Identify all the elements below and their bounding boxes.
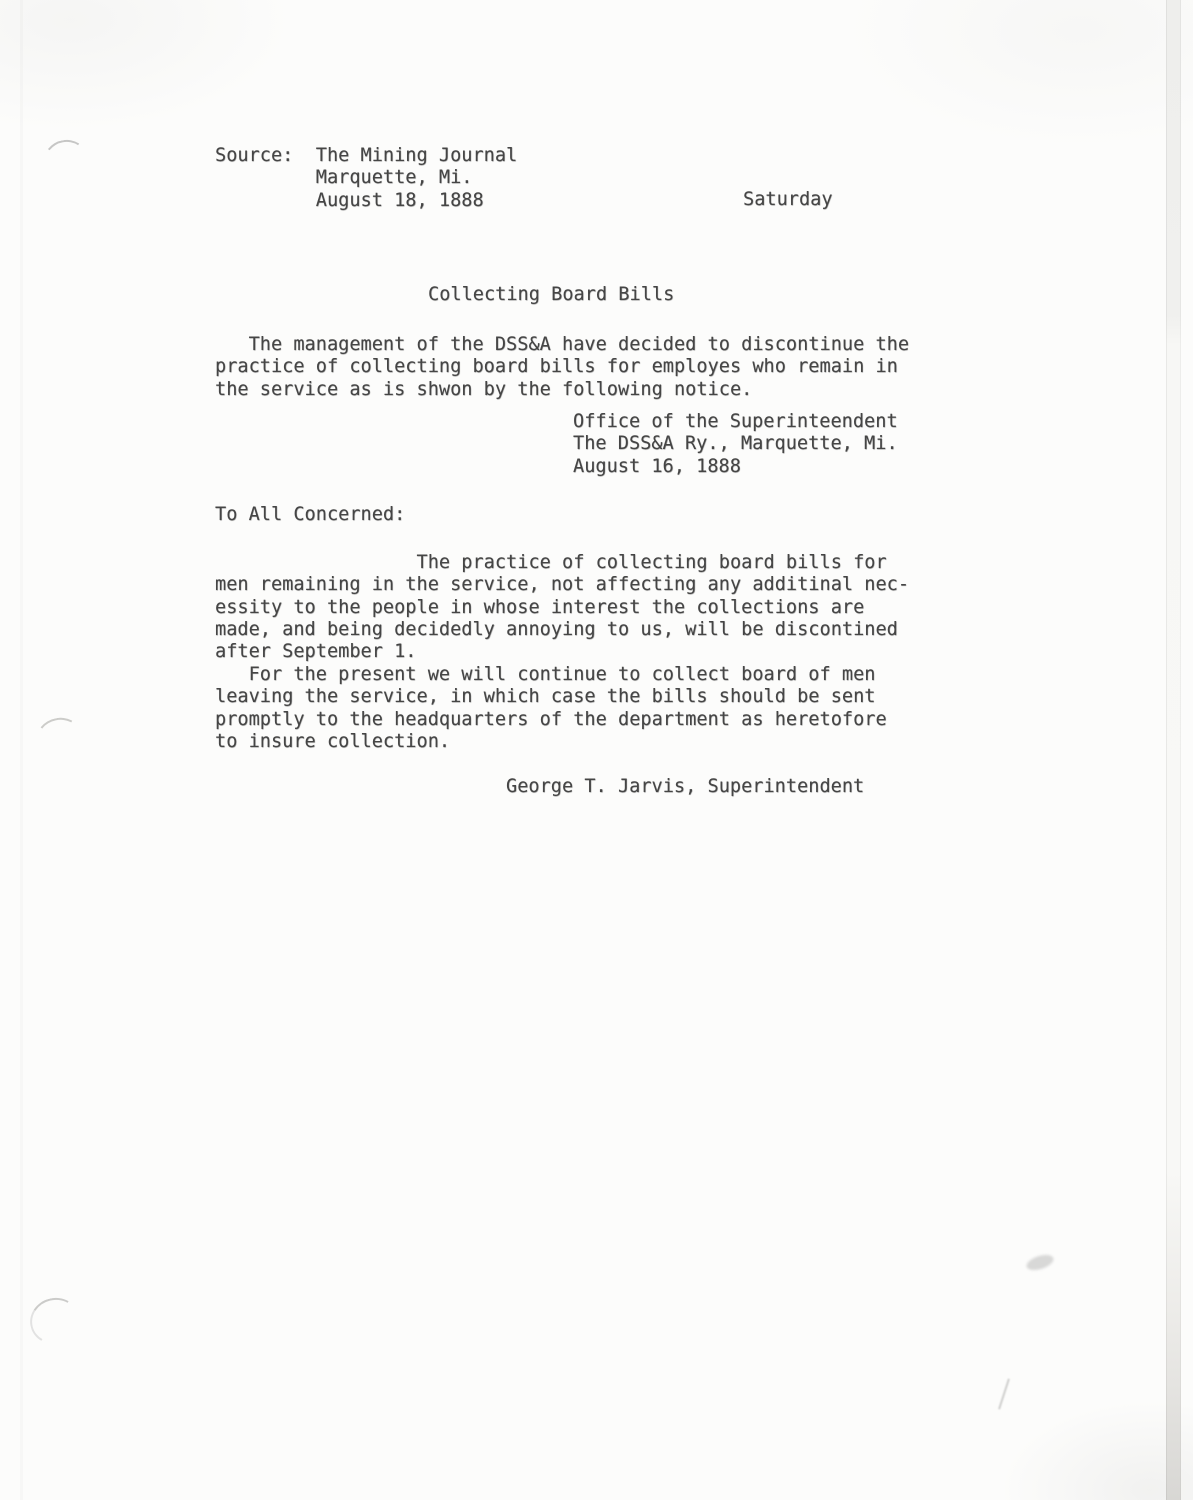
source-citation-block: Source: The Mining Journal Marquette, Mi… bbox=[215, 145, 517, 212]
salutation: To All Concerned: bbox=[215, 504, 405, 526]
intro-paragraph: The management of the DSS&A have decided… bbox=[215, 334, 909, 401]
weekday-label: Saturday bbox=[743, 189, 833, 211]
notice-paragraph-1: The practice of collecting board bills f… bbox=[215, 552, 909, 663]
punch-hole-mark-middle bbox=[34, 714, 85, 758]
document-title: Collecting Board Bills bbox=[428, 284, 674, 306]
crease-mark bbox=[998, 1378, 1010, 1409]
paper-left-edge-shading bbox=[20, 0, 23, 1500]
punch-hole-mark-bottom bbox=[25, 1293, 85, 1350]
notice-paragraph-2: For the present we will continue to coll… bbox=[215, 664, 887, 753]
paper-right-edge bbox=[1166, 0, 1181, 1500]
office-address-block: Office of the Superinteendent The DSS&A … bbox=[573, 411, 898, 478]
punch-hole-mark-top bbox=[41, 136, 91, 183]
smudge-mark bbox=[1025, 1252, 1056, 1273]
signature-line: George T. Jarvis, Superintendent bbox=[506, 776, 864, 798]
scanned-page: Source: The Mining Journal Marquette, Mi… bbox=[0, 0, 1193, 1500]
